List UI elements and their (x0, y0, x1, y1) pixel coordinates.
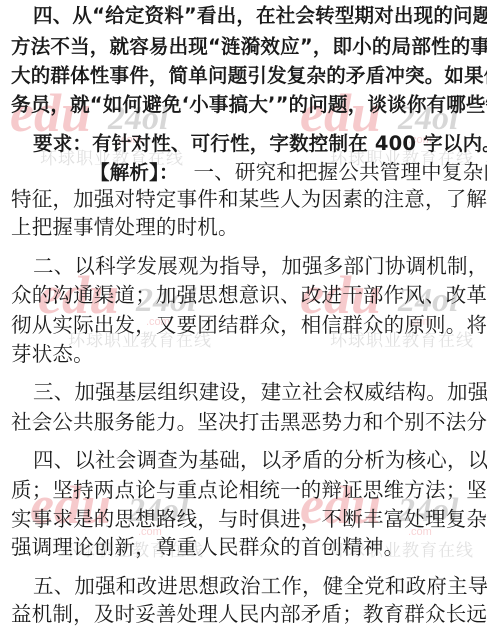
requirement-line: 要求：有针对性、可行性，字数控制在 400 字以内。（满分 20 分） (33, 132, 487, 156)
question-line: 四、从“给定资料”看出，在社会转型期对出现的问题如果处理 (33, 4, 487, 28)
analysis-line: 社会公共服务能力。坚决打击黑恶势力和个别不法分子。 (11, 410, 487, 434)
analysis-line: 实事求是的思想路线，与时俱进，不断丰富处理复杂问题的方法。 (11, 507, 487, 531)
analysis-line: 芽状态。 (11, 342, 94, 366)
analysis-text: 一、研究和把握公共管理中复杂问题的主要 (193, 160, 487, 184)
question-line: 大的群体性事件，简单问题引发复杂的矛盾冲突。如果你是一名公 (11, 64, 487, 88)
analysis-line: 众的沟通渠道；加强思想意识、改进干部作风、改革工作方法，贯 (11, 283, 487, 307)
analysis-line: 质；坚持两点论与重点论相统一的辩证思维方法；坚持解放思想、 (11, 478, 487, 502)
analysis-line: 彻从实际出发，又要团结群众，相信群众的原则。将问题消灭在萌 (11, 313, 487, 337)
analysis-line: 三、加强基层组织建设，建立社会权威结构。加强基层的财力和 (33, 380, 487, 404)
analysis-line: 益机制，及时妥善处理人民内部矛盾；教育群众长远利益与眼前利 (11, 602, 487, 626)
question-line: 方法不当，就容易出现“涟漪效应”，即小的局部性的事件演化成为 (11, 35, 487, 59)
analysis-line: 上把握事情处理的时机。 (11, 215, 239, 239)
analysis-line: 四、以社会调查为基础，以矛盾的分析为核心，以群众路线为实 (33, 448, 487, 472)
analysis-first-line: 【解析】： 一、研究和把握公共管理中复杂问题的主要 (90, 160, 487, 185)
analysis-label: 【解析】： (90, 161, 179, 184)
question-line: 务员，就“如何避免‘小事搞大’”的问题，谈谈你有哪些锦囊妙计？ (11, 93, 487, 117)
analysis-line: 强调理论创新，尊重人民群众的首创精神。 (11, 535, 404, 559)
analysis-line: 二、以科学发展观为指导，加强多部门协调机制，建立政府与群 (33, 254, 487, 278)
analysis-line: 五、加强和改进思想政治工作，健全党和政府主导的维护群众权 (33, 574, 487, 598)
analysis-line: 特征，加强对特定事件和某些人为因素的注意，了解实情，从源头 (11, 187, 487, 211)
